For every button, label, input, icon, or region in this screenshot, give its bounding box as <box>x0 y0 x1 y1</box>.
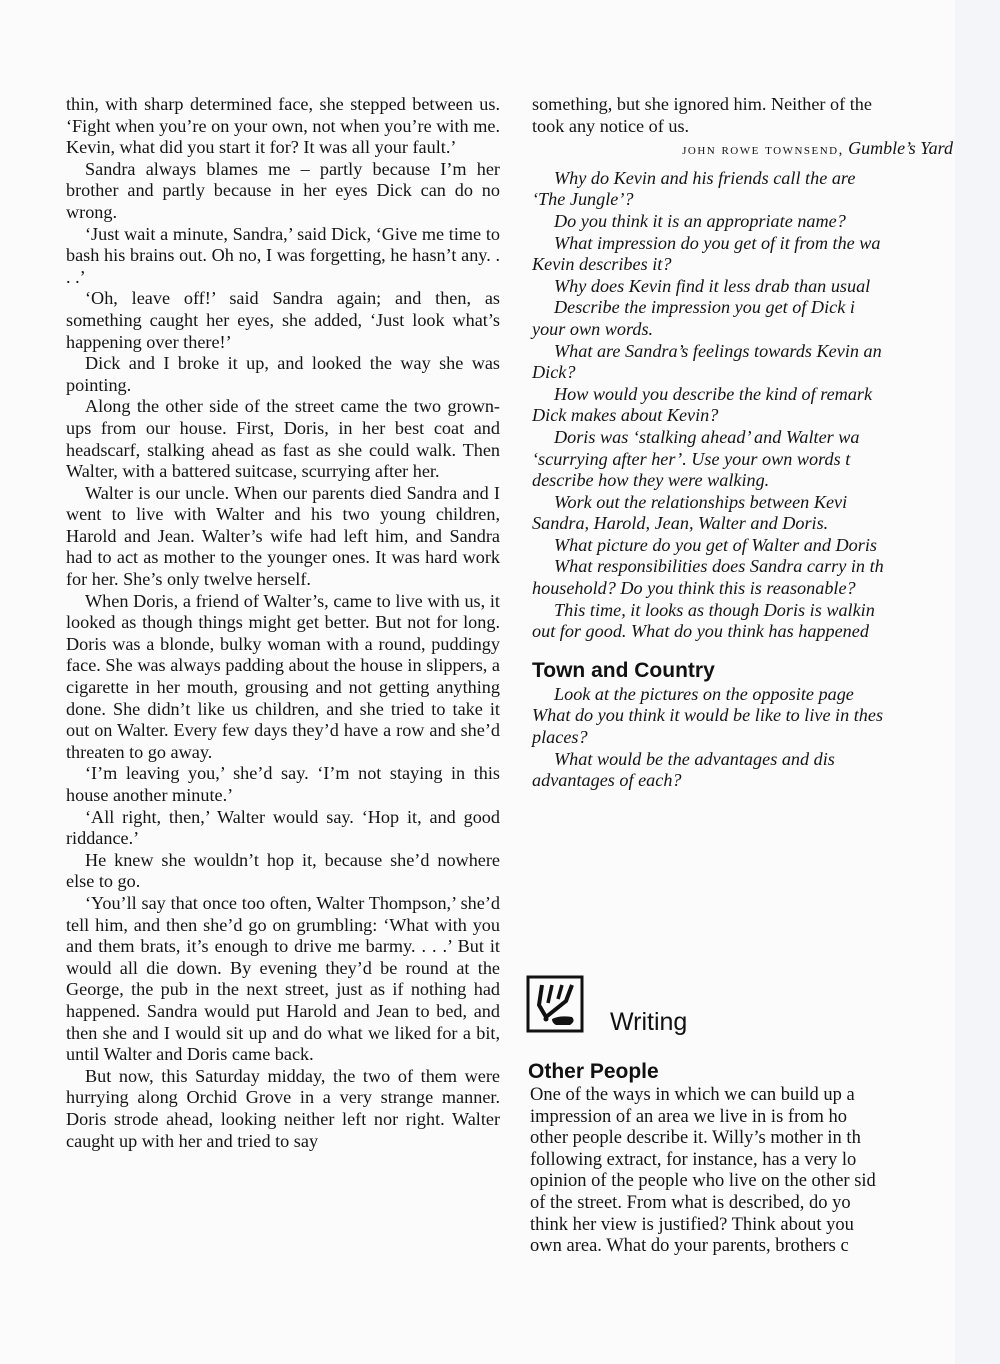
question-line: your own words. <box>532 319 955 341</box>
question-line: What responsibilities does Sandra carry … <box>532 556 955 578</box>
extract-paragraph: Sandra always blames me – partly because… <box>66 159 500 224</box>
extract-paragraph: He knew she wouldn’t hop it, because she… <box>66 850 500 893</box>
body-line: following extract, for instance, has a v… <box>530 1150 955 1172</box>
question-line: Why do Kevin and his friends call the ar… <box>532 168 955 190</box>
question-line: Sandra, Harold, Jean, Walter and Doris. <box>532 513 955 535</box>
extract-paragraph: Dick and I broke it up, and looked the w… <box>66 353 500 396</box>
question-line: ‘scurrying after her’. Use your own word… <box>532 449 955 471</box>
question-line: What do you think it would be like to li… <box>532 705 955 727</box>
body-line: impression of an area we live in is from… <box>530 1107 955 1129</box>
question-line: What picture do you get of Walter and Do… <box>532 535 955 557</box>
writing-section-header: Writing <box>526 975 826 1045</box>
body-line: think her view is justified? Think about… <box>530 1215 955 1237</box>
page-gutter <box>955 0 1000 1364</box>
comprehension-questions: Why do Kevin and his friends call the ar… <box>532 168 955 643</box>
question-line: Kevin describes it? <box>532 254 955 276</box>
question-line: What are Sandra’s feelings towards Kevin… <box>532 341 955 363</box>
extract-paragraph: ‘You’ll say that once too often, Walter … <box>66 893 500 1066</box>
book-page: thin, with sharp determined face, she st… <box>0 0 955 1364</box>
body-line: of the street. From what is described, d… <box>530 1193 955 1215</box>
question-line: Do you think it is an appropriate name? <box>532 211 955 233</box>
question-line: household? Do you think this is reasonab… <box>532 578 955 600</box>
question-line: describe how they were walking. <box>532 470 955 492</box>
extract-paragraph: thin, with sharp determined face, she st… <box>66 94 500 159</box>
question-line: advantages of each? <box>532 770 955 792</box>
body-line: other people describe it. Willy’s mother… <box>530 1128 955 1150</box>
section-title-writing: Writing <box>610 1008 687 1037</box>
body-line: own area. What do your parents, brothers… <box>530 1236 955 1258</box>
question-line: out for good. What do you think has happ… <box>532 621 955 643</box>
extract-continuation-line: something, but she ignored him. Neither … <box>532 94 955 116</box>
body-line: One of the ways in which we can build up… <box>530 1085 955 1107</box>
question-line: ‘The Jungle’? <box>532 189 955 211</box>
question-line: What impression do you get of it from th… <box>532 233 955 255</box>
extract-paragraph: Walter is our uncle. When our parents di… <box>66 483 500 591</box>
pencil-writing-icon <box>526 975 584 1033</box>
body-line: opinion of the people who live on the ot… <box>530 1171 955 1193</box>
source-attribution: JOHN ROWE TOWNSEND, Gumble’s Yard <box>532 138 953 162</box>
question-line: Doris was ‘stalking ahead’ and Walter wa <box>532 427 955 449</box>
question-line: Describe the impression you get of Dick … <box>532 297 955 319</box>
section-heading-other-people: Other People <box>528 1059 659 1085</box>
extract-continuation-line: took any notice of us. <box>532 116 955 138</box>
town-and-country-questions: Look at the pictures on the opposite pag… <box>532 684 955 792</box>
source-author: JOHN ROWE TOWNSEND, <box>682 142 844 158</box>
extract-paragraph: ‘Oh, leave off!’ said Sandra again; and … <box>66 288 500 353</box>
extract-column: thin, with sharp determined face, she st… <box>66 94 500 1152</box>
question-line: Dick makes about Kevin? <box>532 405 955 427</box>
section-heading-town-and-country: Town and Country <box>532 658 955 684</box>
extract-paragraph: When Doris, a friend of Walter’s, came t… <box>66 591 500 764</box>
question-line: Why does Kevin find it less drab than us… <box>532 276 955 298</box>
question-line: This time, it looks as though Doris is w… <box>532 600 955 622</box>
question-line: How would you describe the kind of remar… <box>532 384 955 406</box>
extract-paragraph: Along the other side of the street came … <box>66 396 500 482</box>
other-people-body: One of the ways in which we can build up… <box>530 1085 955 1258</box>
extract-paragraph: But now, this Saturday midday, the two o… <box>66 1066 500 1152</box>
question-line: places? <box>532 727 955 749</box>
question-line: What would be the advantages and dis <box>532 749 955 771</box>
extract-paragraph: ‘All right, then,’ Walter would say. ‘Ho… <box>66 807 500 850</box>
source-title: Gumble’s Yard <box>848 138 953 158</box>
question-line: Look at the pictures on the opposite pag… <box>532 684 955 706</box>
question-line: Work out the relationships between Kevi <box>532 492 955 514</box>
extract-paragraph: ‘Just wait a minute, Sandra,’ said Dick,… <box>66 224 500 289</box>
extract-paragraph: ‘I’m leaving you,’ she’d say. ‘I’m not s… <box>66 763 500 806</box>
question-line: Dick? <box>532 362 955 384</box>
questions-column: something, but she ignored him. Neither … <box>532 94 955 792</box>
